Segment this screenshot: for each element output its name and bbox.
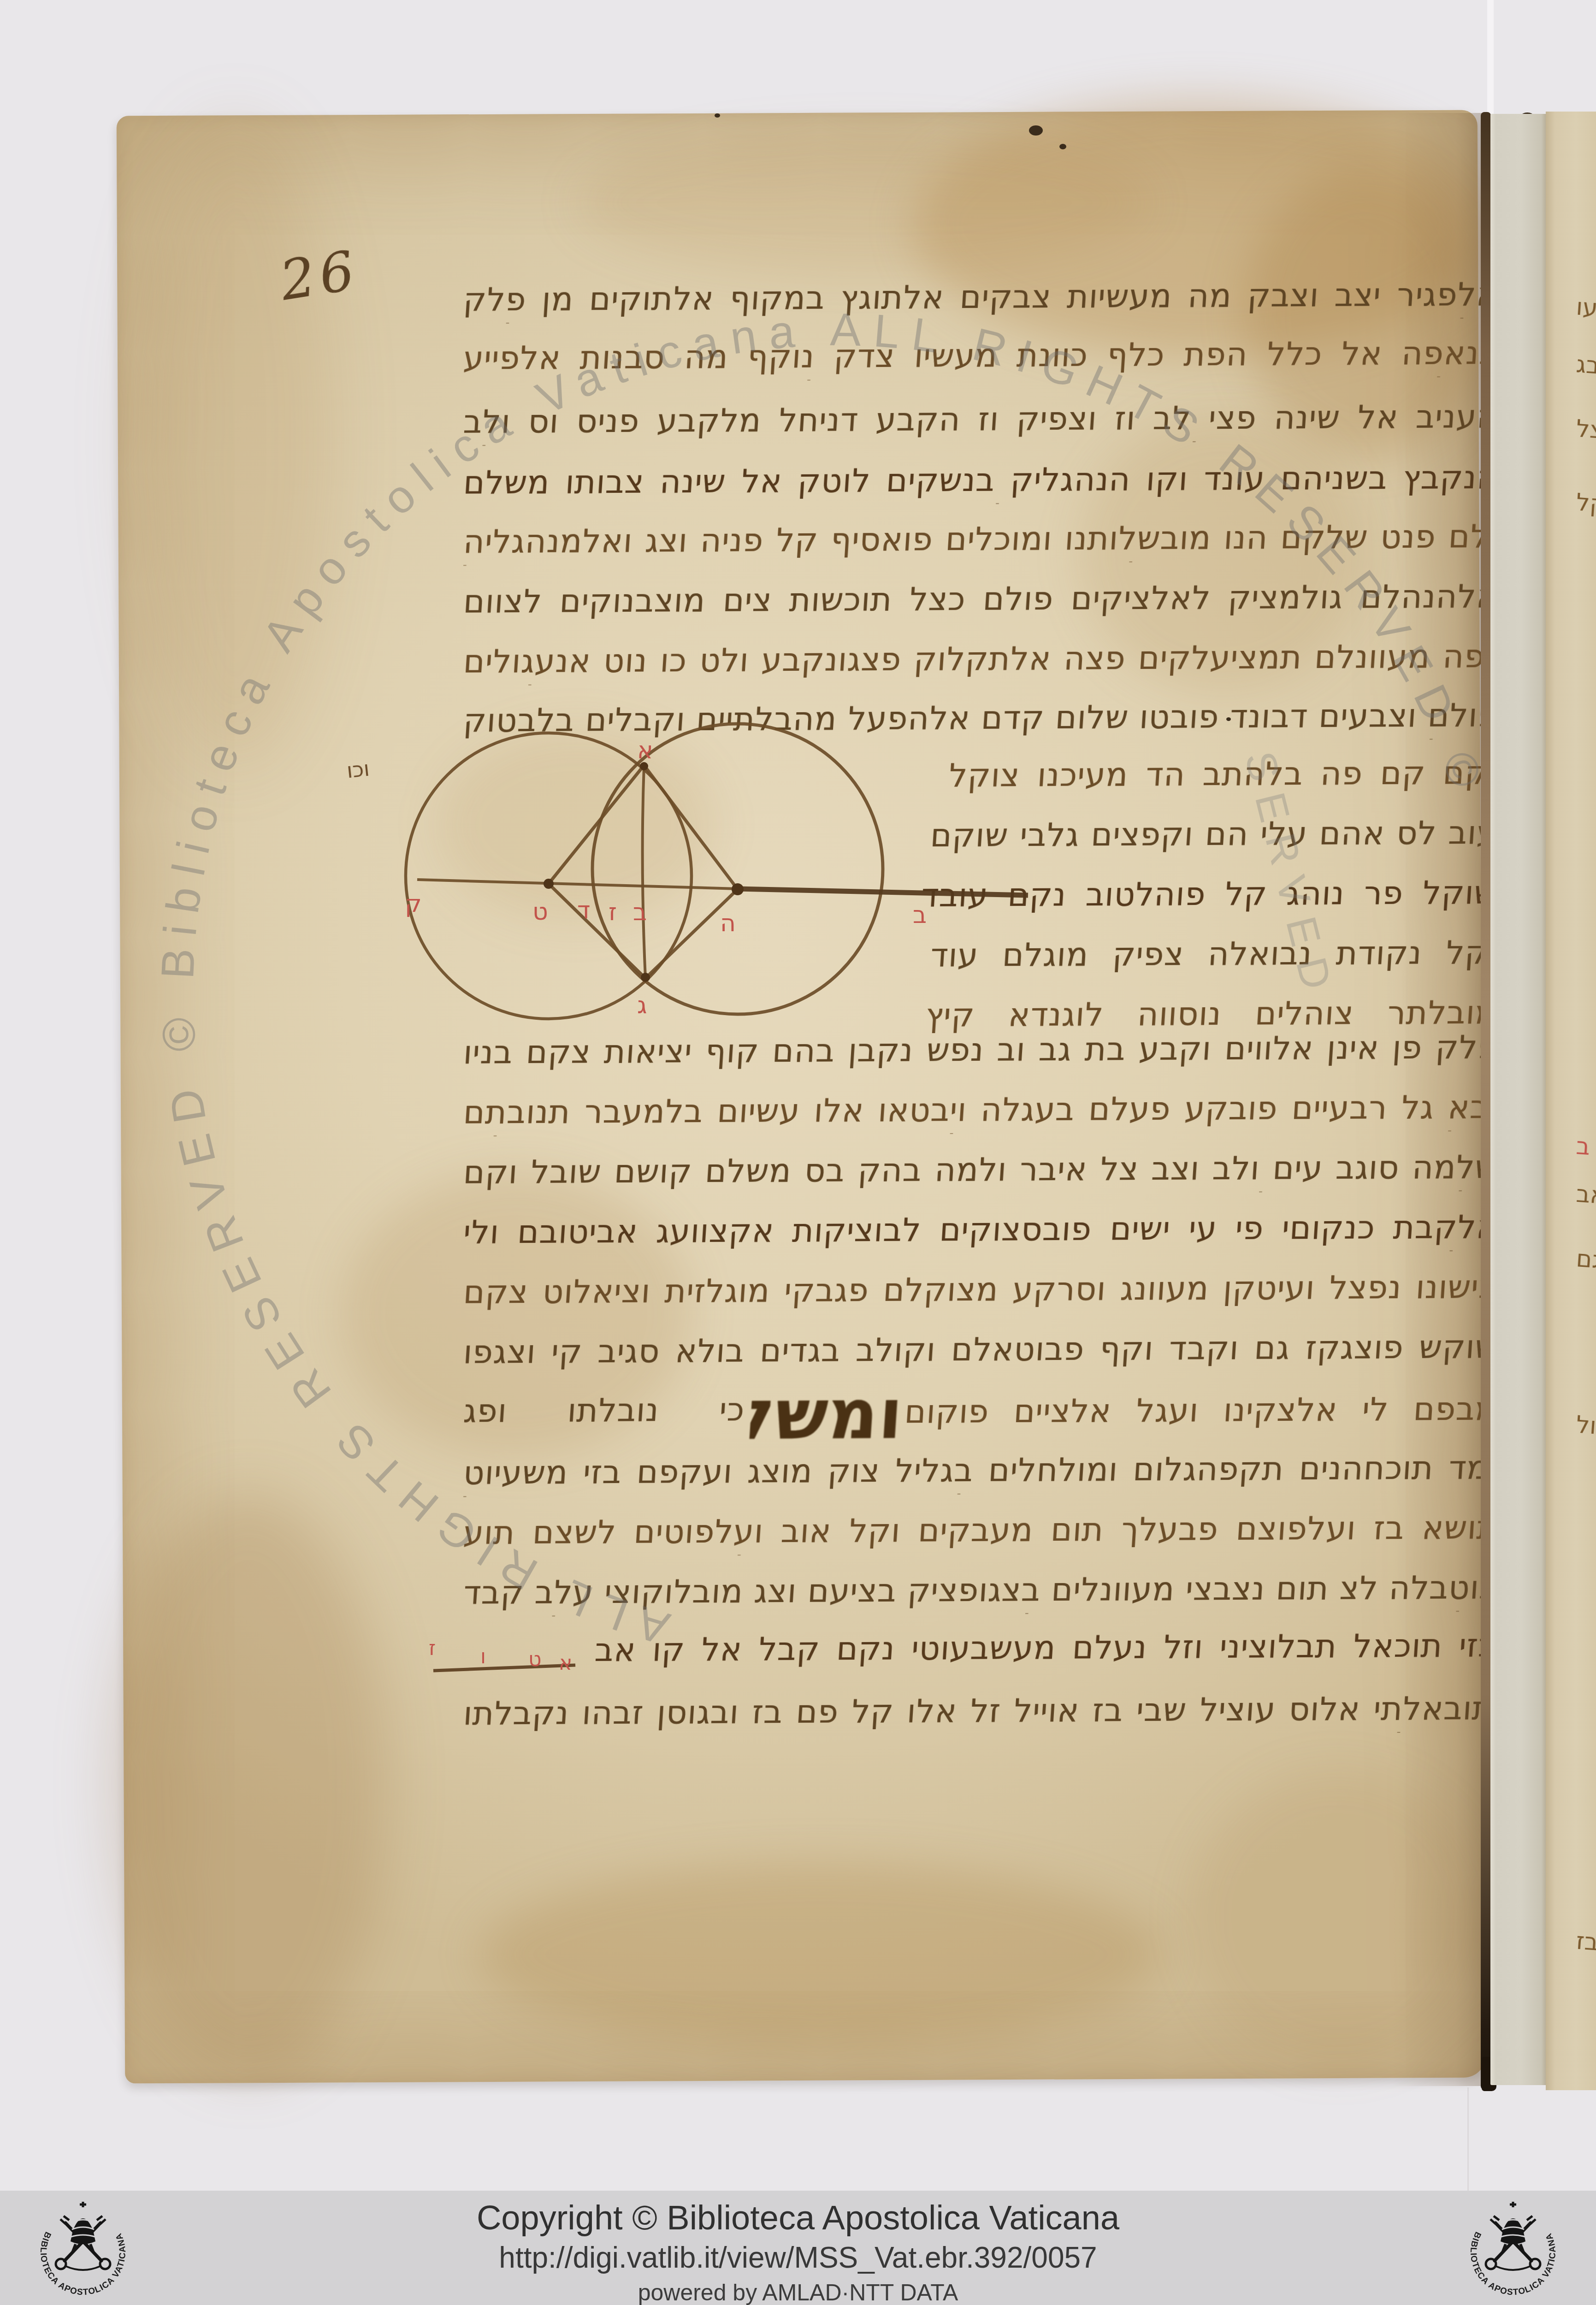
folio-number: 26 <box>276 238 363 313</box>
red-point-label: ה <box>720 910 736 937</box>
footer-bar: Copyright © Biblioteca Apostolica Vatica… <box>0 2191 1596 2305</box>
red-point-label: ק <box>405 890 422 918</box>
papal-tiara-keys-emblem <box>1486 2202 1540 2270</box>
book-gutter-shadow <box>1481 112 1491 2090</box>
next-page-ink-fragment: עו <box>1575 293 1596 322</box>
background-seam <box>1487 0 1494 115</box>
red-point-label: ב <box>913 901 927 929</box>
vatican-library-logo: BIBLIOTECA APOSTOLICA VATICANA <box>28 2193 138 2304</box>
next-page-ink-fragment: גם <box>1575 1245 1596 1274</box>
diagram-point-labels: אקטדזבהבג <box>405 737 927 1019</box>
right-center-dot <box>732 883 744 895</box>
red-point-label: ג <box>637 992 647 1019</box>
ink-speck <box>1059 144 1066 149</box>
red-point-label: ט <box>532 898 548 926</box>
ruled-segment: זוטא <box>415 1626 627 1686</box>
diameter-line-right <box>738 889 1028 895</box>
red-point-label: ט <box>528 1648 542 1671</box>
chord-top-left <box>549 765 644 884</box>
vatican-library-logo: BIBLIOTECA APOSTOLICA VATICANA <box>1458 2193 1568 2304</box>
copyright-text: Copyright © Biblioteca Apostolica Vatica… <box>0 2198 1596 2237</box>
ink-speck <box>715 113 720 118</box>
vertical-chord <box>643 765 645 978</box>
segment-line <box>433 1665 575 1671</box>
ink-speck <box>1029 125 1043 136</box>
manuscript-page <box>117 110 1486 2084</box>
red-point-label: ב <box>633 898 647 926</box>
adjacent-folio-edge <box>1490 114 1546 2085</box>
red-point-label: ז <box>429 1637 436 1660</box>
scanned-manuscript-viewer: { "page": { "number": "26", "marginal_no… <box>0 0 1596 2305</box>
next-page-red-mark: ב <box>1575 1132 1591 1161</box>
source-url: http://digi.vatlib.it/view/MSS_Vat.ebr.3… <box>0 2240 1596 2275</box>
papal-tiara-keys-emblem <box>56 2202 110 2270</box>
red-point-label: ז <box>609 898 617 926</box>
left-center-dot <box>544 879 554 889</box>
next-page-ink-fragment: בג <box>1575 350 1596 379</box>
next-page-ink-fragment: צל <box>1575 415 1596 444</box>
diameter-line-left <box>417 880 738 889</box>
next-page-ink-fragment: אב <box>1575 1180 1596 1210</box>
powered-by-text: powered by AMLAD·NTT DATA <box>0 2279 1596 2305</box>
red-point-label: ו <box>480 1645 486 1668</box>
next-page-ink-fragment: בז <box>1575 1927 1596 1956</box>
next-page-sliver: עובגצלקלבאבגםולבז <box>1546 112 1596 2090</box>
marginal-note: וכו <box>345 756 371 783</box>
red-point-label: א <box>637 737 653 764</box>
ink-speck <box>1226 717 1231 721</box>
background-seam <box>1467 2087 1469 2192</box>
next-page-ink-fragment: ול <box>1575 1411 1596 1440</box>
bottom-vertex-dot <box>641 973 650 982</box>
red-point-label: א <box>559 1651 572 1675</box>
geometry-diagram: אקטדזבהבג <box>383 682 1074 1051</box>
red-point-label: ד <box>577 897 590 924</box>
next-page-ink-fragment: קל <box>1575 489 1596 518</box>
chord-bottom-left <box>549 884 645 978</box>
